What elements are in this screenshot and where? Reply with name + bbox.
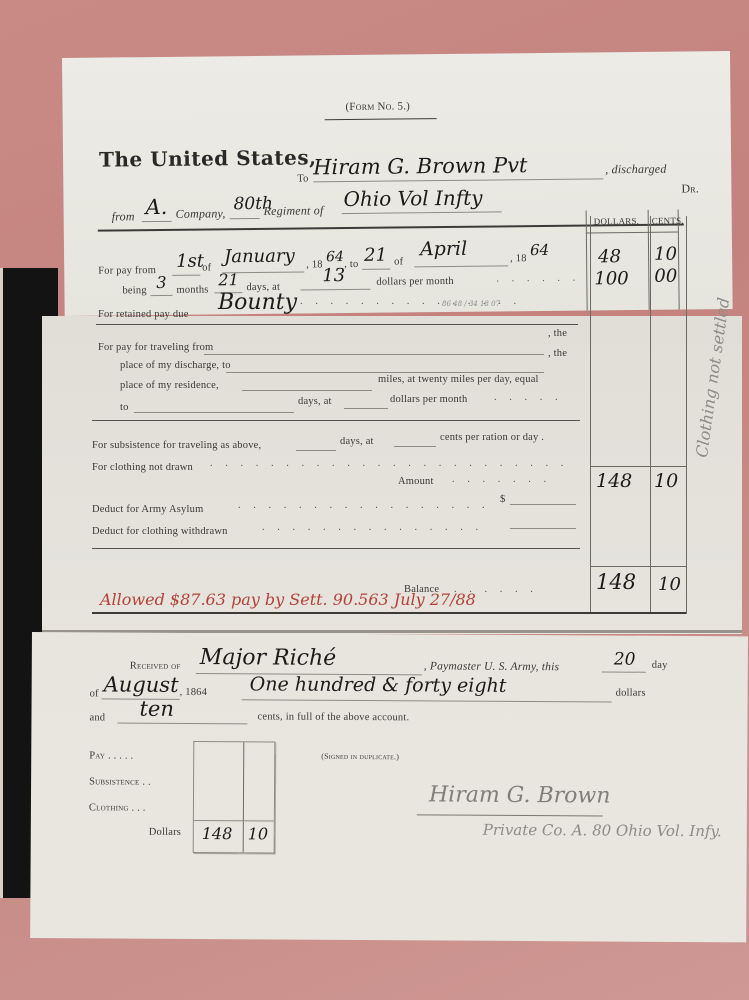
army-asylum-label: Deduct for Army Asylum <box>92 504 203 515</box>
pencil-calculation: 86 48 / 34 18 07 <box>442 300 500 308</box>
retained-cents: 00 <box>654 266 677 287</box>
regiment-label: Regiment of <box>264 203 324 219</box>
receipt-day: 20 <box>614 650 636 670</box>
margin-pencil-note: Clothing not settled <box>692 296 733 458</box>
amount-cents: 10 <box>654 470 678 492</box>
pay-from-day: 1st <box>176 251 204 272</box>
retained-pay-value: Bounty <box>218 290 297 315</box>
divider <box>325 118 437 120</box>
signed-in-duplicate-note: (Signed in duplicate.) <box>321 752 399 761</box>
cents-per-ration-label: cents per ration or day . <box>440 432 544 443</box>
travel-line-3-cont: miles, at twenty miles per day, equal <box>378 374 539 385</box>
pay-from-month: January <box>224 246 295 268</box>
pay-cents: 10 <box>654 244 677 265</box>
pay-from-year: 64 <box>326 249 344 265</box>
clothing-not-drawn-label: For clothing not drawn <box>92 462 193 473</box>
pay-to-day: 21 <box>364 245 387 266</box>
days-at-label: days, at <box>298 396 332 407</box>
the-label: , the <box>548 328 567 339</box>
months-value: 3 <box>156 273 166 292</box>
the-label: , the <box>548 348 567 359</box>
discharged-label: , discharged <box>605 162 666 178</box>
of-label: of <box>202 262 211 273</box>
signature: Hiram G. Brown <box>429 782 611 808</box>
year-prefix: , 18 <box>306 259 323 270</box>
days-at-label: days, at <box>340 436 374 447</box>
paymaster-label: , Paymaster U. S. Army, this <box>424 660 559 673</box>
document-middle-panel: For pay for traveling from , the place o… <box>42 316 742 634</box>
from-label: from <box>112 209 135 224</box>
cents-column-header: CENTS. <box>652 215 684 225</box>
summary-pay-label: Pay . . . . . <box>89 750 133 761</box>
dollars-per-month-label: dollars per month <box>390 394 467 405</box>
travel-line-3: place of my residence, <box>120 380 219 391</box>
document-title: The United States, <box>99 145 317 171</box>
rate-value: 13 <box>322 265 345 286</box>
travel-line-2: place of my discharge, to <box>120 360 231 371</box>
pay-to-month: April <box>420 238 467 260</box>
amount-label: Amount <box>398 476 434 487</box>
being-label: being <box>122 285 146 296</box>
of-label: of <box>90 688 99 699</box>
amount-dollars: 148 <box>596 470 632 492</box>
of-label: of <box>394 256 403 267</box>
dollars-label: dollars <box>616 688 646 699</box>
day-label: day <box>652 660 668 671</box>
pay-to-year: 64 <box>530 241 549 259</box>
document-top-panel: (Form No. 5.) The United States, To Hira… <box>62 51 733 316</box>
regiment-of-value: Ohio Vol Infty <box>343 186 482 211</box>
cents-in-words: ten <box>139 697 174 721</box>
amount-in-words: One hundred & forty eight <box>250 673 507 697</box>
balance-dollars: 148 <box>596 570 636 594</box>
form-number: (Form No. 5.) <box>345 100 410 113</box>
months-label: months <box>176 284 208 295</box>
balance-cents: 10 <box>658 574 681 595</box>
year-prefix: , 18 <box>510 253 527 264</box>
to-label: To <box>297 173 308 184</box>
receipt-panel: Received of Major Riché , Paymaster U. S… <box>30 632 748 942</box>
to-label: , to <box>344 259 358 270</box>
dollars-column-header: DOLLARS. <box>594 216 639 226</box>
summary-subsistence-label: Subsistence . . <box>89 776 151 787</box>
and-label: and <box>89 712 105 723</box>
dr-label: Dr. <box>681 181 699 196</box>
subsistence-label: For subsistence for traveling as above, <box>92 440 261 451</box>
summary-box: 148 10 <box>193 741 276 853</box>
red-settlement-annotation: Allowed $87.63 pay by Sett. 90.563 July … <box>100 590 476 609</box>
clothing-withdrawn-label: Deduct for clothing withdrawn <box>92 526 228 537</box>
days-value: 21 <box>218 270 239 289</box>
signature-title: Private Co. A. 80 Ohio Vol. Infy. <box>483 821 722 840</box>
company-letter: A. <box>145 195 167 219</box>
received-of-label: Received of <box>130 661 181 672</box>
retained-dollars: 100 <box>594 268 629 289</box>
company-label: Company, <box>176 206 226 222</box>
paymaster-name: Major Riché <box>200 645 336 671</box>
summary-dollars: 148 <box>202 824 233 843</box>
dollar-sign: $ <box>500 494 505 505</box>
cents-label: cents, in full of the above account. <box>257 711 409 723</box>
travel-line-4: to <box>120 402 129 413</box>
summary-dollars-label: Dollars <box>149 827 181 838</box>
summary-clothing-label: Clothing . . . <box>89 802 146 813</box>
payee-name: Hiram G. Brown Pvt <box>313 153 528 179</box>
year-label: , 1864 <box>180 687 208 698</box>
travel-line-1: For pay for traveling from <box>98 342 213 353</box>
rate-label: dollars per month <box>376 276 454 288</box>
pay-dollars: 48 <box>598 246 621 267</box>
receipt-month: August <box>104 672 179 696</box>
retained-pay-label: For retained pay due <box>98 309 189 320</box>
pay-from-label: For pay from <box>98 265 156 277</box>
summary-cents: 10 <box>248 824 268 843</box>
